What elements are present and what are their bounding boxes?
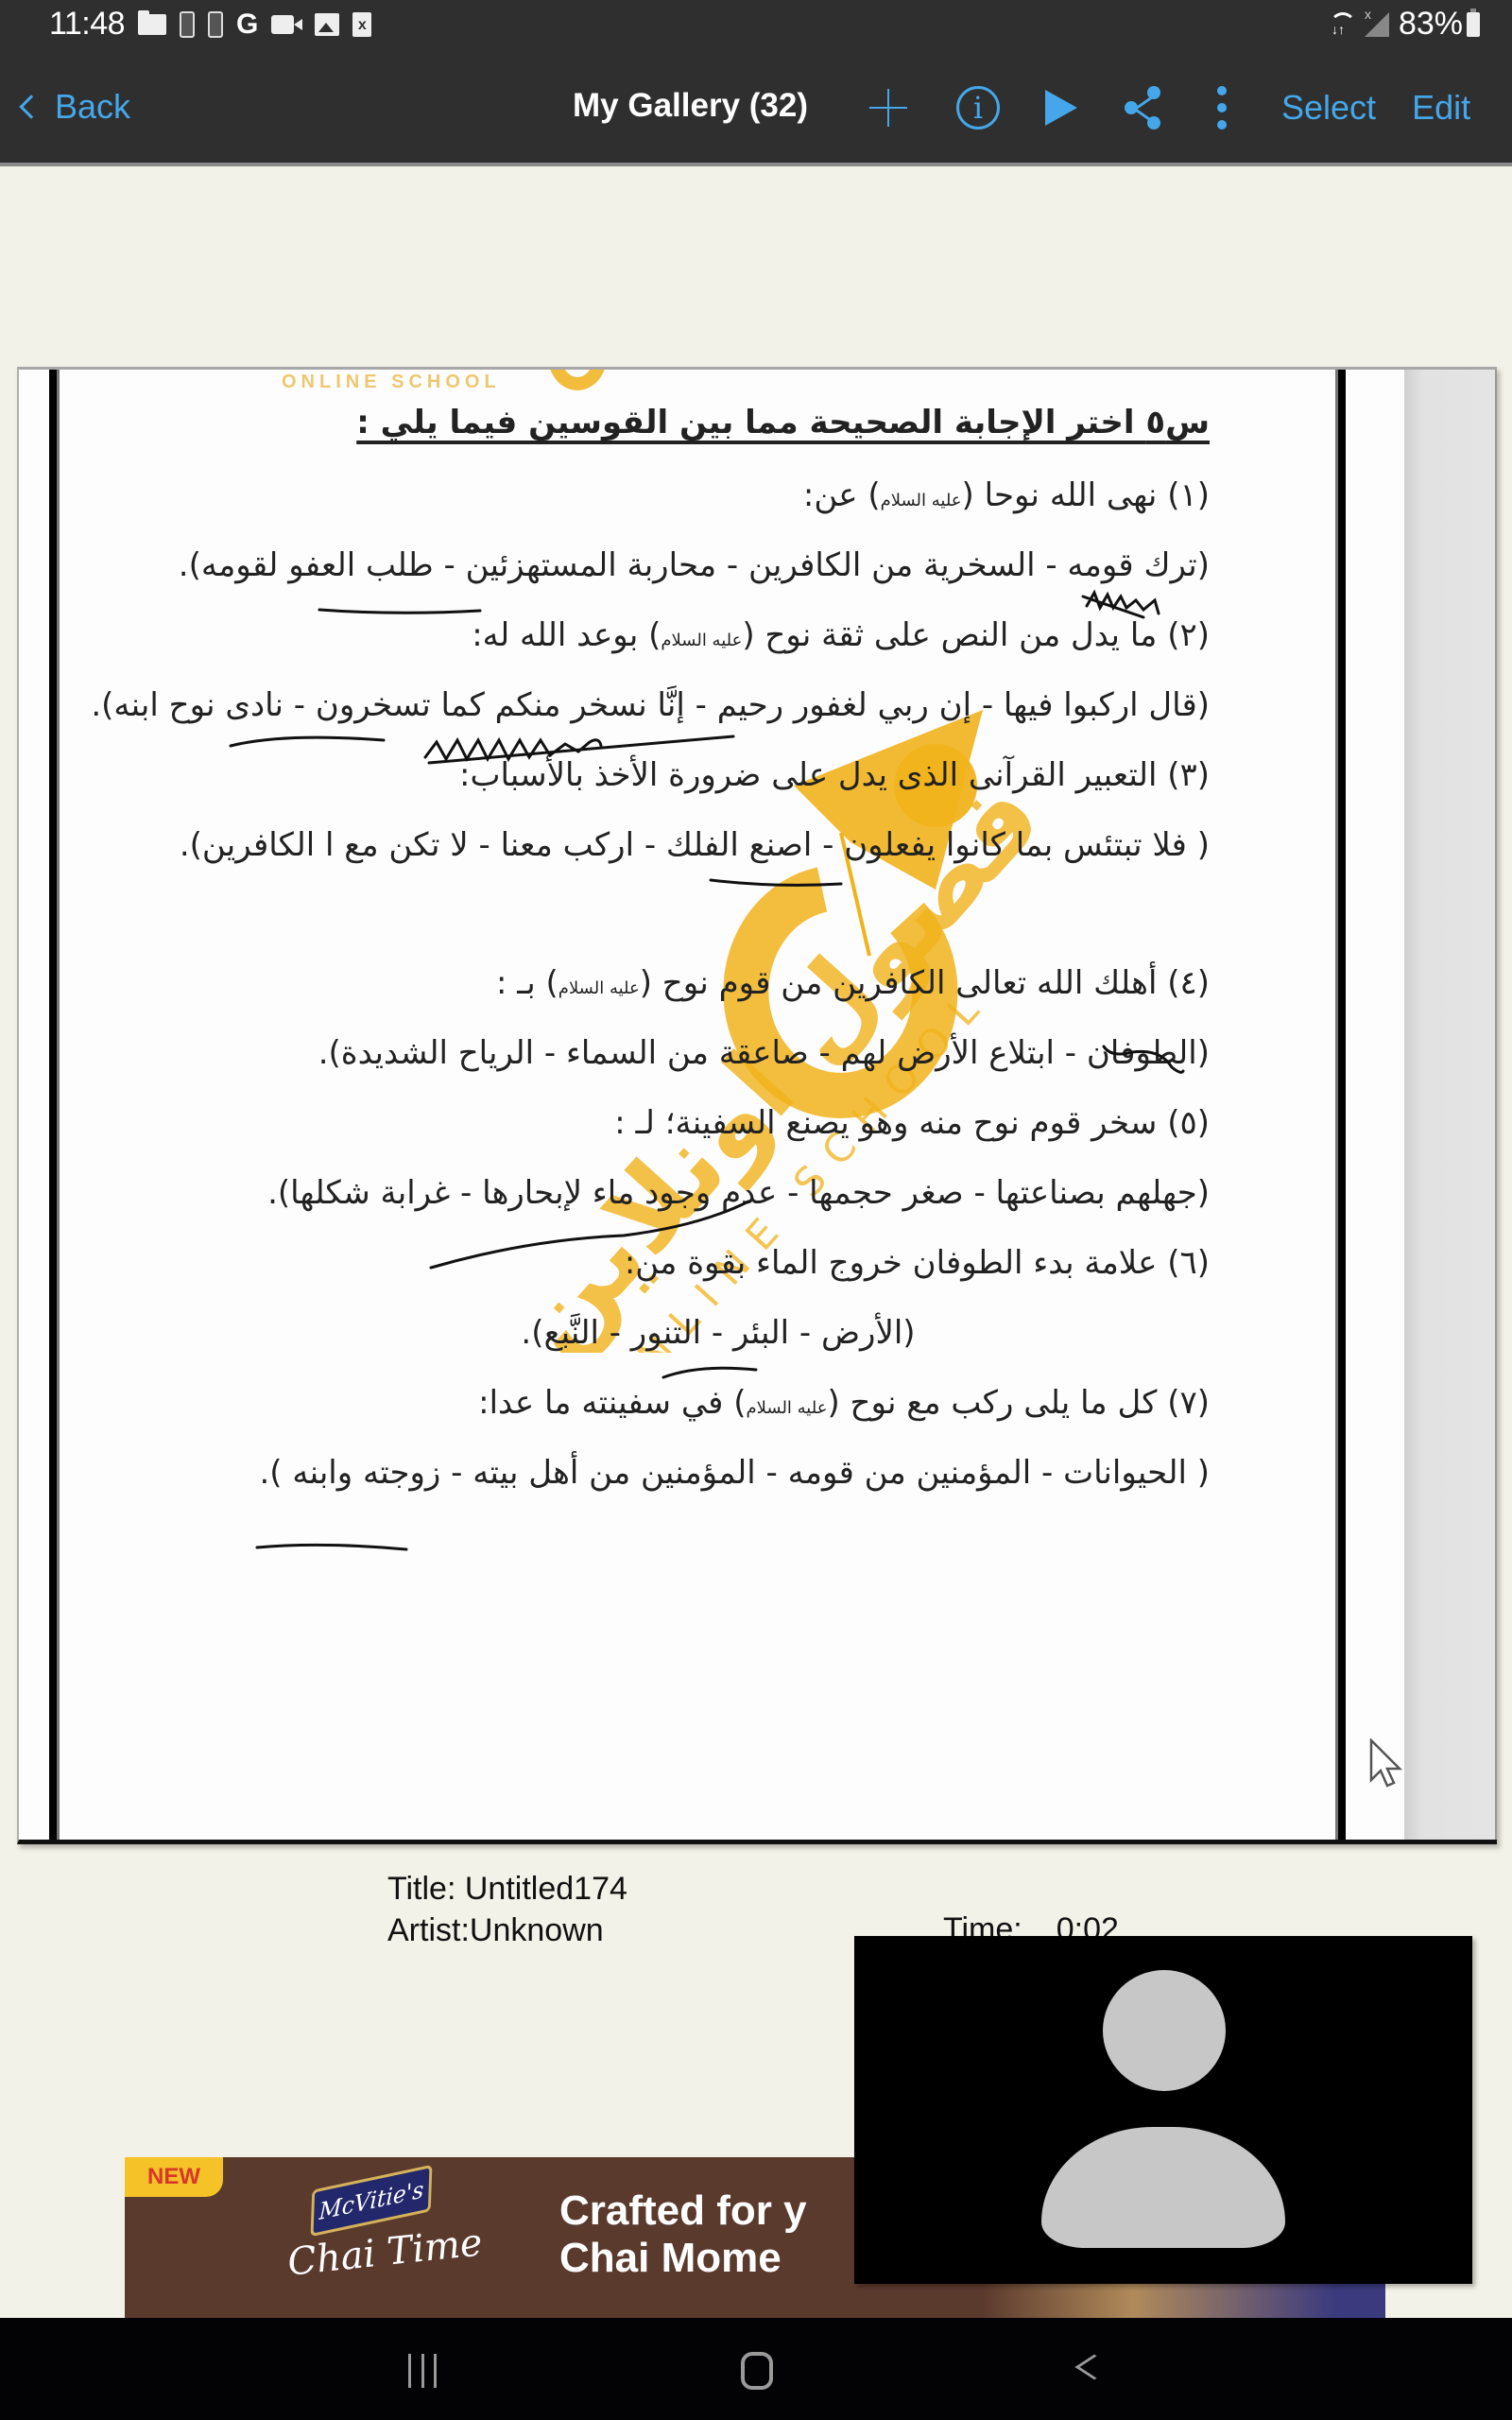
mouse-pointer-icon <box>1368 1738 1406 1791</box>
folder-icon <box>138 14 166 35</box>
ad-new-badge: NEW <box>125 2157 223 2197</box>
page-border-right <box>1338 370 1346 1840</box>
page-title: My Gallery (32) <box>573 87 808 125</box>
battery-icon <box>1467 12 1480 37</box>
ad-brand-logo: McVitie's <box>311 2165 433 2237</box>
video-camera-icon <box>271 15 294 34</box>
question-1-options: (ترك قومه - السخرية من الكافرين - محاربة… <box>170 538 1210 608</box>
video-call-overlay[interactable] <box>854 1936 1472 2284</box>
back-button[interactable]: Back <box>23 87 130 127</box>
add-icon[interactable] <box>869 89 907 127</box>
battery-percent: 83% <box>1399 6 1463 43</box>
question-6-prompt: (٦) علامة بدء الطوفان خروج الماء بقوة من… <box>170 1236 1210 1305</box>
home-icon[interactable] <box>741 2352 773 2390</box>
app-toolbar: Back My Gallery (32) i Select Edit <box>0 53 1512 166</box>
status-bar: 11:48 G x x 83% <box>0 0 1512 53</box>
person-silhouette-icon <box>1103 1970 1226 2091</box>
info-icon[interactable]: i <box>956 86 1000 130</box>
notification-icons: G x <box>138 11 371 38</box>
question-3-options: ( فلا تبتئس بما كانوا يفعلون - اصنع الفل… <box>170 818 1210 888</box>
image-icon <box>315 13 339 36</box>
question-7-prompt: (٧) كل ما يلى ركب مع نوح (عليه السلام) ف… <box>170 1375 1210 1445</box>
signal-icon: x <box>1365 12 1389 37</box>
media-title: Untitled174 <box>465 1871 627 1907</box>
select-button[interactable]: Select <box>1281 88 1376 128</box>
question-heading: س٥ اختر الإجابة الصحيحة مما بين القوسين … <box>170 404 1210 441</box>
watermark-logo-fragment <box>548 367 607 390</box>
page-margin-strip <box>1404 370 1497 1840</box>
question-7-options: ( الحيوانات - المؤمنين من قومه - المؤمني… <box>170 1445 1210 1515</box>
watermark-text-top: ONLINE SCHOOL <box>282 372 501 393</box>
question-4-options: (الطوفان - ابتلاع الأرض لهم - صاعقة من ا… <box>170 1026 1210 1096</box>
page-border-left <box>49 370 57 1840</box>
question-6-options: (الأرض - البئر - التنور - النَّبع). <box>170 1305 1210 1375</box>
share-icon[interactable] <box>1125 86 1162 130</box>
file-error-icon: x <box>352 12 371 37</box>
system-status: x 83% <box>1327 6 1480 43</box>
media-title-row: Title: Untitled174 <box>387 1868 627 1910</box>
gallery-image-viewer[interactable]: ONLINE SCHOOL فصول اونلاين ONLINE SCHOOL… <box>17 367 1497 1844</box>
ad-headline: Crafted for y Chai Mome <box>559 2187 807 2282</box>
toolbar-actions: i Select Edit <box>869 81 1470 134</box>
question-1-prompt: (١) نهى الله نوحا (عليه السلام) عن: <box>170 468 1210 538</box>
question-4-prompt: (٤) أهلك الله تعالى الكافرين من قوم نوح … <box>170 956 1210 1026</box>
phone-check-icon <box>208 11 223 38</box>
media-info: Title: Untitled174 Artist:Unknown <box>387 1868 627 1951</box>
media-artist: Unknown <box>470 1912 604 1948</box>
more-vert-icon[interactable] <box>1217 86 1227 130</box>
question-5-options: (جهلهم بصناعتها - صغر حجمها - عدم وجود م… <box>170 1166 1210 1236</box>
phone-check-icon <box>180 11 195 38</box>
google-icon: G <box>236 12 258 37</box>
back-label: Back <box>55 87 130 127</box>
edit-button[interactable]: Edit <box>1412 88 1470 128</box>
status-time: 11:48 <box>49 6 125 43</box>
system-navigation-bar <box>0 2318 1512 2420</box>
back-icon[interactable] <box>1074 2355 1113 2380</box>
wifi-icon <box>1327 10 1355 39</box>
chevron-left-icon <box>19 95 43 118</box>
question-2-options: (قال اركبوا فيها - إن ربي لغفور رحيم - إ… <box>170 678 1210 748</box>
media-artist-row: Artist:Unknown <box>387 1910 627 1951</box>
worksheet-text: س٥ اختر الإجابة الصحيحة مما بين القوسين … <box>170 404 1210 1515</box>
recent-apps-icon[interactable] <box>408 2354 437 2388</box>
question-2-prompt: (٢) ما يدل من النص على ثقة نوح (عليه الس… <box>170 608 1210 678</box>
person-silhouette-body <box>1041 2127 1285 2248</box>
question-3-prompt: (٣) التعبير القرآنى الذى يدل على ضرورة ا… <box>170 748 1210 818</box>
question-5-prompt: (٥) سخر قوم نوح منه وهو يصنع السفينة؛ لـ… <box>170 1096 1210 1166</box>
play-icon[interactable] <box>1045 90 1077 126</box>
